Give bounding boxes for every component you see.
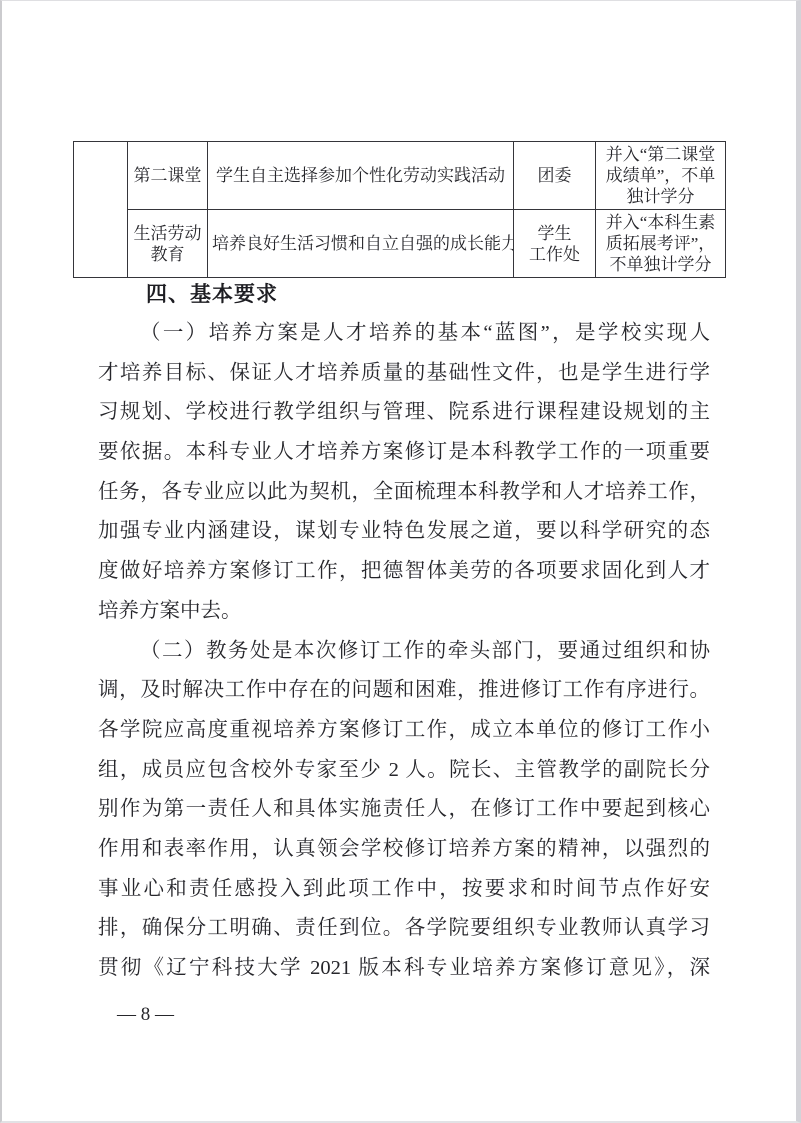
cell-note: 并入“本科生素质拓展考评”，不单独计学分	[596, 210, 726, 278]
cell-category: 第二课堂	[128, 142, 208, 210]
body-line: 加强专业内涵建设，谋划专业特色发展之道，要以科学研究的态	[98, 512, 710, 552]
cell-empty-spanner	[74, 142, 128, 278]
department-line: 学生	[518, 223, 591, 244]
body-line: （一）培养方案是人才培养的基本“蓝图”，是学校实现人	[98, 314, 710, 354]
cell-description: 培养良好生活习惯和自立自强的成长能力	[208, 210, 514, 278]
body-line: 事业心和责任感投入到此项工作中，按要求和时间节点作好安	[98, 870, 710, 910]
cell-description: 学生自主选择参加个性化劳动实践活动	[208, 142, 514, 210]
body-line: 作用和表率作用，认真领会学校修订培养方案的精神，以强烈的	[98, 830, 710, 870]
body-line: 要依据。本科专业人才培养方案修订是本科教学工作的一项重要	[98, 433, 710, 473]
body-line: 度做好培养方案修订工作，把德智体美劳的各项要求固化到人才	[98, 552, 710, 592]
body-line: 调，及时解决工作中存在的问题和困难，推进修订工作有序进行。	[98, 671, 710, 711]
table-row: 生活劳动教育 培养良好生活习惯和自立自强的成长能力 学生 工作处 并入“本科生素…	[74, 210, 726, 278]
document-body: （一）培养方案是人才培养的基本“蓝图”，是学校实现人 才培养目标、保证人才培养质…	[98, 314, 710, 989]
body-line: 别作为第一责任人和具体实施责任人，在修订工作中要起到核心	[98, 790, 710, 830]
body-line: 贯彻《辽宁科技大学 2021 版本科专业培养方案修订意见》，深	[98, 949, 710, 989]
body-line: 习规划、学校进行教学组织与管理、院系进行课程建设规划的主	[98, 393, 710, 433]
department-line: 工作处	[518, 244, 591, 265]
cell-department: 学生 工作处	[514, 210, 596, 278]
body-line: 各学院应高度重视培养方案修订工作，成立本单位的修订工作小	[98, 711, 710, 751]
cell-note: 并入“第二课堂成绩单”，不单独计学分	[596, 142, 726, 210]
page-number: — 8 —	[117, 1003, 174, 1027]
cell-category: 生活劳动教育	[128, 210, 208, 278]
document-page: 第二课堂 学生自主选择参加个性化劳动实践活动 团委 并入“第二课堂成绩单”，不单…	[0, 0, 801, 1123]
body-line: 排，确保分工明确、责任到位。各学院要组织专业教师认真学习	[98, 909, 710, 949]
body-line: （二）教务处是本次修订工作的牵头部门，要通过组织和协	[98, 632, 710, 672]
labor-education-table: 第二课堂 学生自主选择参加个性化劳动实践活动 团委 并入“第二课堂成绩单”，不单…	[73, 141, 726, 278]
table-row: 第二课堂 学生自主选择参加个性化劳动实践活动 团委 并入“第二课堂成绩单”，不单…	[74, 142, 726, 210]
cell-department: 团委	[514, 142, 596, 210]
section-heading: 四、基本要求	[146, 282, 278, 308]
body-line: 组，成员应包含校外专家至少 2 人。院长、主管教学的副院长分	[98, 751, 710, 791]
body-line: 才培养目标、保证人才培养质量的基础性文件，也是学生进行学	[98, 354, 710, 394]
body-line: 培养方案中去。	[98, 592, 710, 632]
body-line: 任务，各专业应以此为契机，全面梳理本科教学和人才培养工作，	[98, 473, 710, 513]
